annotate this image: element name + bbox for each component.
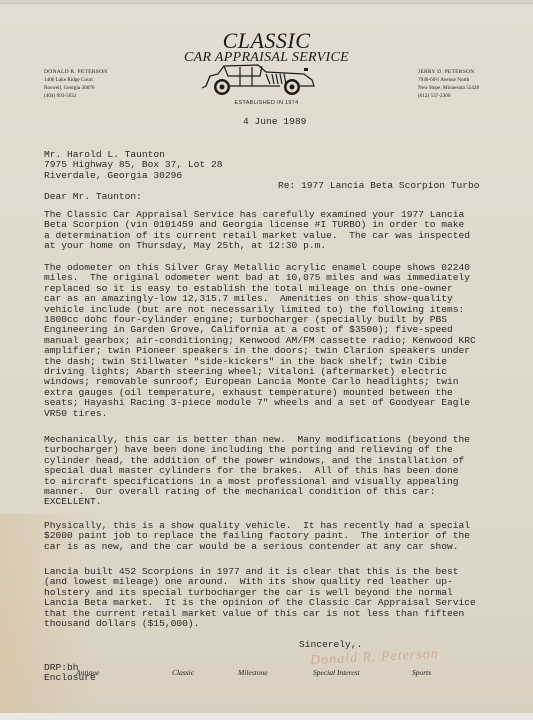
paragraph-physical: Physically, this is a show quality vehic… bbox=[44, 521, 470, 552]
footer-category-milestone: Milestone bbox=[238, 668, 268, 677]
footer-category-antique: Antique bbox=[76, 668, 99, 677]
left-contact-address-2: Roswell, Georgia 30076 bbox=[44, 84, 107, 92]
established-note: ESTABLISHED IN 1974 bbox=[0, 100, 533, 106]
right-contact-phone: (612) 537-2300 bbox=[418, 92, 479, 100]
page-edge bbox=[0, 713, 533, 720]
left-contact-address-1: 1400 Lake Ridge Court bbox=[44, 76, 107, 84]
right-contact-address-1: 7940-60½ Avenue North bbox=[418, 76, 479, 84]
recipient-address: Mr. Harold L. Taunton 7975 Highway 85, B… bbox=[44, 150, 222, 181]
paragraph-mechanical: Mechanically, this car is better than ne… bbox=[44, 435, 470, 508]
vintage-car-icon bbox=[200, 62, 320, 96]
left-contact: DONALD R. PETERSON 1400 Lake Ridge Court… bbox=[44, 68, 107, 100]
left-contact-phone: (404) 993-5622 bbox=[44, 92, 107, 100]
paragraph-amenities: The odometer on this Silver Gray Metalli… bbox=[44, 263, 476, 419]
footer-category-classic: Classic bbox=[172, 668, 194, 677]
paragraph-valuation: Lancia built 452 Scorpions in 1977 and i… bbox=[44, 567, 476, 629]
left-contact-name: DONALD R. PETERSON bbox=[44, 68, 107, 76]
right-contact-name: JERRY D. PETERSON bbox=[418, 68, 479, 76]
subject-line: Re: 1977 Lancia Beta Scorpion Turbo bbox=[278, 181, 480, 191]
footer-category-sports: Sports bbox=[412, 668, 431, 677]
footer-category-special-interest: Special Interest bbox=[313, 668, 360, 677]
right-contact-address-2: New Hope, Minnesota 55428 bbox=[418, 84, 479, 92]
right-contact: JERRY D. PETERSON 7940-60½ Avenue North … bbox=[418, 68, 479, 100]
salutation: Dear Mr. Taunton: bbox=[44, 192, 142, 202]
closing: Sincerely,. bbox=[299, 640, 362, 650]
paragraph-intro: The Classic Car Appraisal Service has ca… bbox=[44, 210, 470, 252]
letter-date: 4 June 1989 bbox=[243, 117, 306, 127]
letterhead-title: CLASSIC bbox=[0, 30, 533, 52]
